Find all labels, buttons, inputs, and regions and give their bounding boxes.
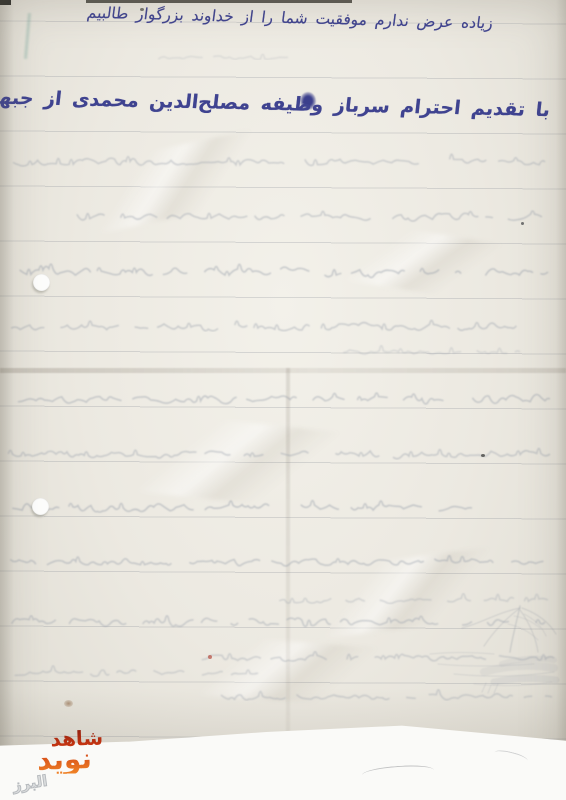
background-pencil-mark (362, 764, 435, 782)
bleed-scribble-row (11, 320, 516, 330)
punch-hole-top (33, 274, 50, 291)
willow-landscape-sketch-icon (424, 594, 564, 704)
letter-paper: زیاده عرض ندارم موفقیت شما را از خداوند … (0, 0, 566, 800)
brown-stain (64, 700, 73, 707)
watermark-word-alborz: البرز (12, 774, 49, 794)
bleed-scribble-row (143, 54, 289, 59)
bleed-scribble-row (18, 393, 550, 404)
bleed-scribble-row (10, 264, 548, 278)
bleed-scribble-row (13, 154, 545, 166)
watermark-word-navid: نوید (37, 745, 93, 775)
navid-shahed-alborz-logo-icon: شاهد نوید البرز (11, 727, 109, 800)
dark-speck (481, 454, 485, 457)
bleed-scribble-row (328, 346, 520, 355)
punch-hole-bottom (32, 498, 49, 515)
dark-speck (140, 8, 144, 11)
scan-edge-artifact (0, 0, 11, 5)
bleed-scribble-row (8, 448, 550, 458)
bleed-scribble-row (59, 211, 542, 221)
dark-speck (521, 222, 524, 225)
red-speck (208, 655, 212, 659)
bleed-scribble-row (15, 666, 258, 677)
background-pencil-mark (493, 748, 528, 765)
scanned-letter-page: زیاده عرض ندارم موفقیت شما را از خداوند … (0, 0, 566, 800)
bleed-scribble-row (4, 501, 472, 513)
scan-edge-artifact (86, 0, 352, 3)
bleed-scribble-row (10, 556, 543, 566)
